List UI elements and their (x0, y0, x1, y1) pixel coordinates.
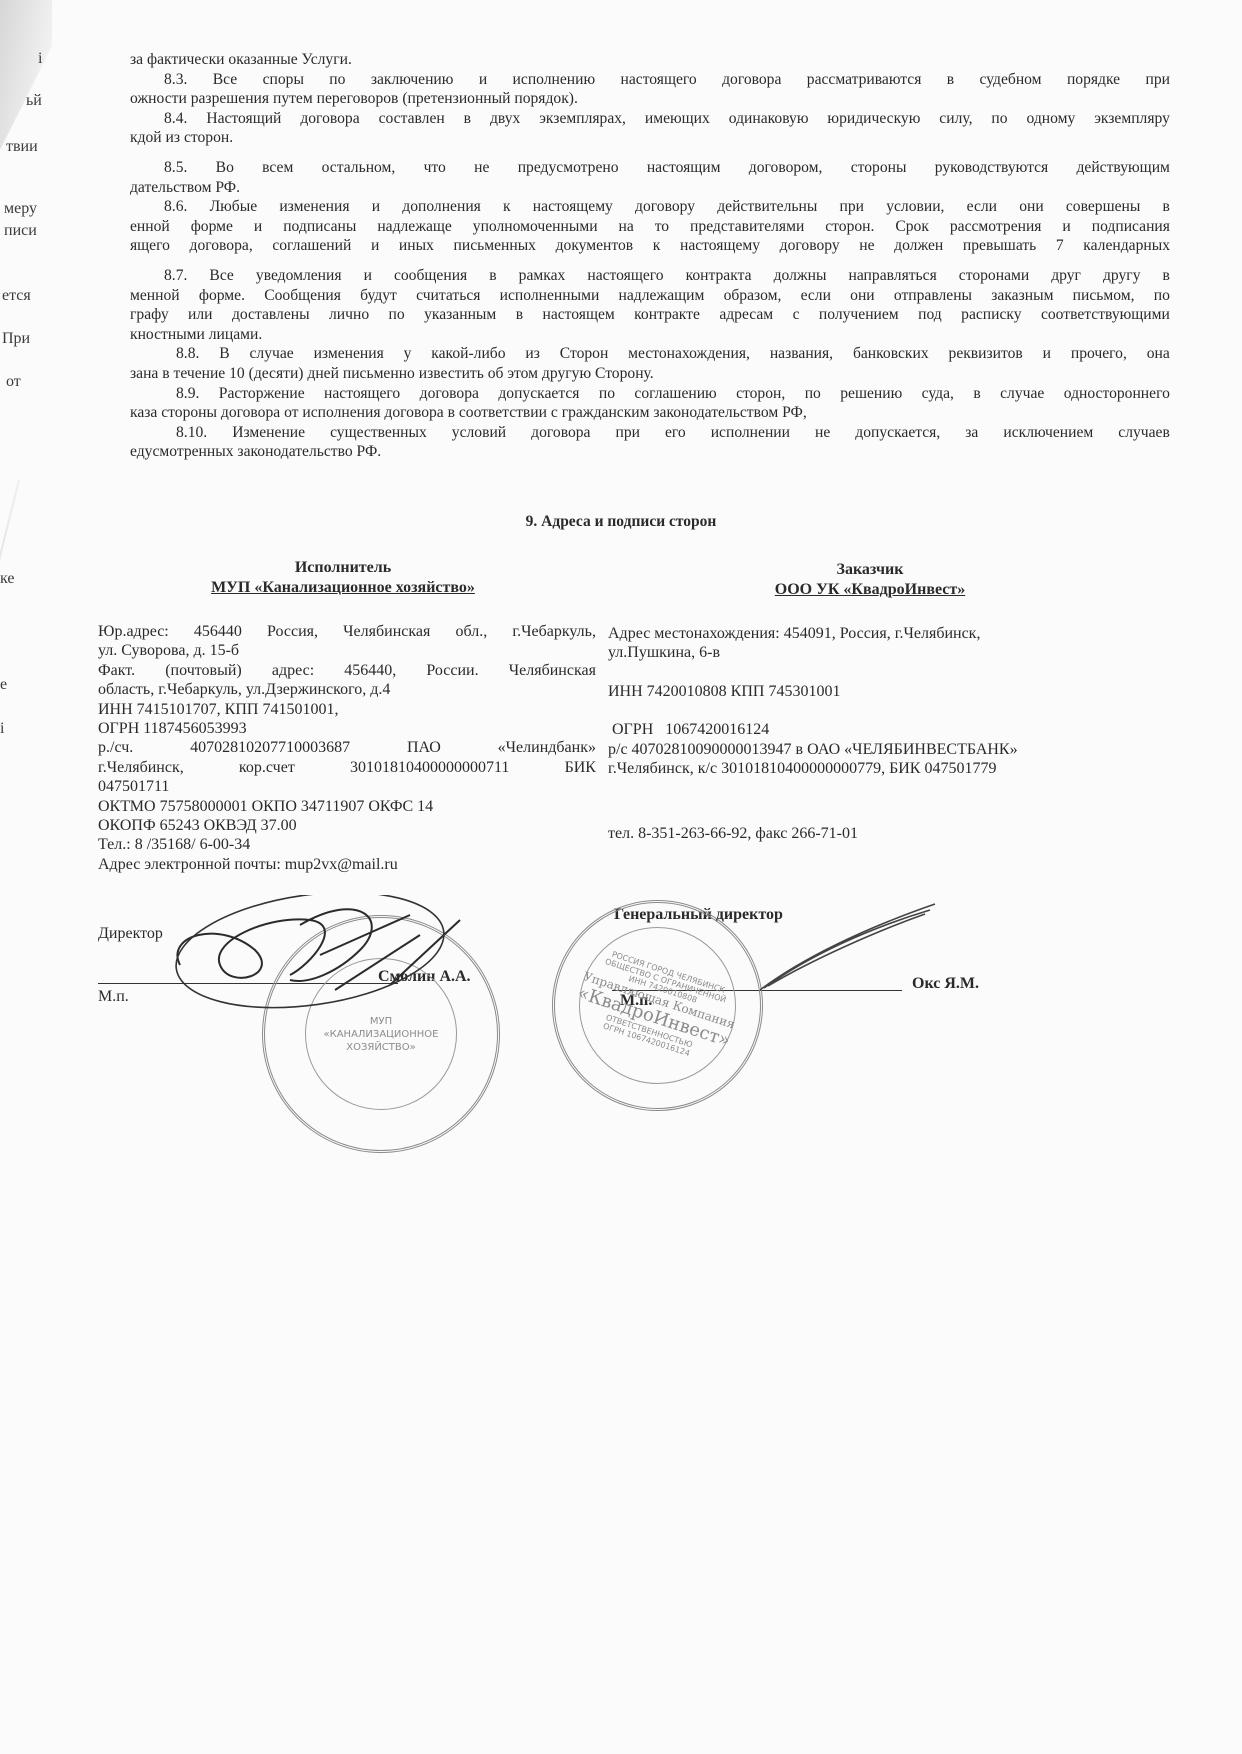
word: по (329, 70, 345, 90)
word: или (188, 305, 212, 325)
text-line: дательством РФ. (130, 178, 1170, 198)
word: остальном, (322, 158, 396, 178)
word: существенных (330, 423, 427, 443)
word: условий (452, 423, 506, 443)
text-line: едусмотренных законодательство РФ. (130, 442, 1170, 462)
word: Все (209, 266, 233, 286)
word: превышать (963, 236, 1036, 256)
word: одностороннего (1064, 384, 1170, 404)
word: к (653, 236, 661, 256)
word: договора (300, 109, 359, 129)
word: исполнении (711, 423, 790, 443)
word: настоящего (621, 70, 697, 90)
word: адресам (719, 305, 773, 325)
word: подписаны (283, 217, 356, 237)
requisite-row: Тел.: 8 /35168/ 6-00-34 (98, 835, 596, 854)
word: споры (263, 70, 304, 90)
text-line: 8.8.Вслучаеизмененияукакой-либоизСторонм… (130, 344, 1170, 364)
requisite-row: р./сч.40702810207710003687ПАО«Челиндбанк… (98, 738, 596, 757)
paragraph-gap (130, 148, 1170, 158)
margin-fragment: і (0, 720, 4, 738)
word: графу (130, 305, 169, 325)
word: 8.10. (176, 423, 207, 443)
word: 8.5. (164, 158, 187, 178)
word: сообщения (394, 266, 467, 286)
word: одному (1026, 109, 1075, 129)
margin-fragment: писи (4, 222, 37, 240)
word: силу, (939, 109, 972, 129)
word: доставлены (232, 305, 310, 325)
executor-name: МУП «Канализационное хозяйство» (148, 578, 538, 598)
word: составлен (379, 109, 445, 129)
requisite-row: область, г.Чебаркуль, ул.Дзержинского, д… (98, 680, 596, 699)
word: обл., (455, 622, 487, 641)
text-line: зана в течение 10 (десяти) дней письменн… (130, 364, 1170, 384)
word: подписания (1092, 217, 1170, 237)
text-line: кдой из сторон. (130, 128, 1170, 148)
word: 8.9. (176, 384, 199, 404)
word: что (424, 158, 446, 178)
word: 8.4. (164, 109, 187, 129)
word: и (254, 217, 262, 237)
word: В (219, 344, 229, 364)
word: всем (262, 158, 293, 178)
word: заказным (991, 286, 1053, 306)
word: допускается (498, 384, 579, 404)
word: они (850, 286, 875, 306)
word: порядке (1067, 70, 1120, 90)
word: контракта (686, 266, 752, 286)
requisite-row: ОКОПФ 65243 ОКВЭД 37.00 (98, 816, 596, 835)
word: допускается, (855, 423, 940, 443)
word: исполнению (513, 70, 596, 90)
margin-fragment: ется (2, 287, 31, 305)
word: расписку (961, 305, 1021, 325)
text-line: 8.4.Настоящийдоговорасоставленвдвухэкзем… (130, 109, 1170, 129)
word: Факт. (98, 661, 135, 680)
word: не (815, 423, 830, 443)
word: в (1163, 266, 1170, 286)
word: календарных (1083, 236, 1170, 256)
word: реквизитов (949, 344, 1023, 364)
word: одинаковую (729, 109, 809, 129)
word: при (1145, 70, 1170, 90)
word: «Челиндбанк» (498, 738, 596, 757)
requisite-row: р/с 40702810090000013947 в ОАО «ЧЕЛЯБИНВ… (608, 740, 1168, 759)
word: письмом, (1073, 286, 1135, 306)
word: решению (840, 384, 902, 404)
word: 8.3. (164, 70, 187, 90)
word: за (965, 423, 978, 443)
word: у (404, 344, 412, 364)
word: Сообщения (264, 286, 341, 306)
word: Челябинская (509, 661, 596, 680)
word: иных (399, 236, 434, 256)
word: рамках (519, 266, 566, 286)
word: настоящего (324, 384, 400, 404)
word: какой-либо (431, 344, 505, 364)
word: БИК (565, 758, 596, 777)
executor-seal-label: М.п. (98, 988, 129, 1006)
word: и (372, 197, 380, 217)
word: местонахождения, (628, 344, 750, 364)
word: по (1154, 286, 1170, 306)
word: по (389, 305, 405, 325)
word: если (967, 197, 997, 217)
word: стороны (851, 158, 907, 178)
requisite-row: ОГРН 1067420016124 (608, 720, 1168, 739)
stamp-text: ХОЗЯЙСТВО» (323, 1041, 438, 1054)
word: надлежаще (377, 217, 452, 237)
word: Юр.адрес: (98, 622, 169, 641)
requisite-row: ул. Суворова, д. 15-б (98, 641, 596, 660)
margin-fragment: При (2, 330, 30, 348)
word: форме. (199, 286, 245, 306)
word: дополнения (402, 197, 481, 217)
word: изменения (279, 197, 349, 217)
word: контракте (634, 305, 700, 325)
margin-fragment: е (0, 676, 7, 694)
executor-stamp-center: МУП «КАНАЛИЗАЦИОННОЕ ХОЗЯЙСТВО» (323, 1015, 438, 1054)
word: имеющих (645, 109, 710, 129)
word: исключением (1003, 423, 1093, 443)
word: Расторжение (219, 384, 305, 404)
text-line: 8.7.Всеуведомленияисообщенияврамкахнасто… (130, 266, 1170, 286)
word: при (840, 197, 865, 217)
word: прочего, (1071, 344, 1127, 364)
word: другу (1103, 266, 1141, 286)
word: считаться (416, 286, 480, 306)
word: соответствующими (1041, 305, 1170, 325)
word: настоящем (542, 305, 614, 325)
word: исполненными (500, 286, 600, 306)
word: 8.7. (164, 266, 187, 286)
text-line: графуилидоставленыличнопоуказаннымвнасто… (130, 305, 1170, 325)
word: и (479, 70, 487, 90)
text-line: 8.5.Вовсемостальном,чтонепредусмотренона… (130, 158, 1170, 178)
requisite-row: ОГРН 1187456053993 (98, 719, 596, 738)
text-line: меннойформе.Сообщениябудутсчитатьсяиспол… (130, 286, 1170, 306)
word: Изменение (232, 423, 305, 443)
requisite-row: ул.Пушкина, 6-в (608, 643, 1168, 662)
executor-signatory-title: Директор (98, 925, 163, 943)
word: совершены (1066, 197, 1140, 217)
word: предусмотрено (518, 158, 619, 178)
customer-header: Заказчик ООО УК «КвадроИнвест» (700, 560, 1040, 600)
word: отправлены (894, 286, 972, 306)
word: указанным (424, 305, 496, 325)
word: названия, (770, 344, 833, 364)
word: кор.счет (239, 758, 295, 777)
word: изменения (314, 344, 384, 364)
paragraph-gap (130, 256, 1170, 266)
word: г.Челябинск, (98, 758, 184, 777)
word: 40702810207710003687 (190, 738, 350, 757)
text-line: 8.6.Любыеизмененияидополнениякнастоящему… (130, 197, 1170, 217)
requisite-row: ОКТМО 75758000001 ОКПО 34711907 ОКФС 14 (98, 797, 596, 816)
word: (почтовый) (165, 661, 242, 680)
word: представителями (690, 217, 804, 237)
word: 456440 (194, 622, 242, 641)
word: по (599, 384, 615, 404)
word: Настоящий (206, 109, 281, 129)
word: р./сч. (98, 738, 133, 757)
margin-fragment: ке (0, 570, 14, 588)
word: если (801, 286, 831, 306)
word: будут (360, 286, 397, 306)
requisite-row: тел. 8-351-263-66-92, факс 266-71-01 (608, 824, 1168, 843)
word: соглашению (634, 384, 716, 404)
scan-page-edge-shadow (0, 0, 52, 150)
word: настоящего (587, 266, 663, 286)
text-line: за фактически оказанные Услуги. (130, 50, 1170, 70)
word: 8.6. (164, 197, 187, 217)
executor-stamp: МУП «КАНАЛИЗАЦИОННОЕ ХОЗЯЙСТВО» (262, 915, 500, 1153)
word: России. (426, 661, 478, 680)
word: при (615, 423, 640, 443)
word: в (464, 109, 471, 129)
customer-role: Заказчик (700, 560, 1040, 580)
word: рассмотрения (950, 217, 1042, 237)
word: документов (556, 236, 634, 256)
word: и (364, 266, 372, 286)
word: форме (191, 217, 233, 237)
word: и (1062, 217, 1070, 237)
word: Все (213, 70, 237, 90)
word: должен (894, 236, 943, 256)
word: случае (250, 344, 294, 364)
word: направляться (849, 266, 937, 286)
word: случаев (1118, 423, 1170, 443)
requisite-row: ИНН 7415101707, КПП 741501001, (98, 700, 596, 719)
requisite-row: Адрес электронной почты: mup2vx@mail.ru (98, 855, 596, 874)
text-line: ожности разрешения путем переговоров (пр… (130, 89, 1170, 109)
word: экземпляру (1094, 109, 1170, 129)
word: ящего (130, 236, 170, 256)
text-line: каза стороны договора от исполнения дого… (130, 403, 1170, 423)
margin-fragment: твии (6, 138, 38, 156)
word: в (1163, 197, 1170, 217)
word: из (525, 344, 540, 364)
executor-header: Исполнитель МУП «Канализационное хозяйст… (148, 558, 538, 598)
word: сторон. (825, 217, 874, 237)
word: ПАО (407, 738, 441, 757)
word: и (371, 236, 379, 256)
word: настоящим (647, 158, 721, 178)
word: уведомления (256, 266, 342, 286)
word: 7 (1056, 236, 1064, 256)
word: условии, (886, 197, 944, 217)
word: договору (780, 236, 840, 256)
requisite-row: г.Челябинск, к/с 30101810400000000779, Б… (608, 759, 1168, 778)
requisite-row: 047501711 (98, 777, 596, 796)
text-line: 8.3.Всеспорыпозаключениюиисполнениюнасто… (130, 70, 1170, 90)
margin-fragment: і (38, 50, 42, 68)
word: настоящему (680, 236, 760, 256)
word: в (947, 70, 954, 90)
stamp-text: «КАНАЛИЗАЦИОННОЕ (323, 1028, 438, 1041)
customer-name: ООО УК «КвадроИнвест» (700, 580, 1040, 600)
word: экземплярах, (539, 109, 626, 129)
word: они (1019, 197, 1044, 217)
word: по (805, 384, 821, 404)
word: г.Чебаркуль, (512, 622, 596, 641)
word: под (918, 305, 942, 325)
word: на (618, 217, 633, 237)
word: в (489, 266, 496, 286)
text-line: еннойформеиподписанынадлежащеуполномочен… (130, 217, 1170, 237)
text-line: ящегодоговора,соглашенийииныхписьменныхд… (130, 236, 1170, 256)
word: договора (420, 384, 479, 404)
requisite-row: Юр.адрес:456440Россия,Челябинскаяобл.,г.… (98, 622, 596, 641)
word: лично (329, 305, 369, 325)
word: не (474, 158, 489, 178)
customer-requisites: Адрес местонахождения: 454091, Россия, г… (608, 624, 1168, 844)
word: с (793, 305, 800, 325)
customer-signatory-name: Окс Я.М. (912, 975, 979, 993)
requisite-row: г.Челябинск,кор.счет30101810400000000711… (98, 758, 596, 777)
word: действительны (717, 197, 817, 217)
margin-fragment: от (6, 373, 21, 391)
requisite-row: ИНН 7420010808 КПП 745301001 (608, 682, 1168, 701)
word: то (655, 217, 669, 237)
word: письменных (454, 236, 536, 256)
stamp-text: МУП (323, 1015, 438, 1028)
word: Срок (895, 217, 929, 237)
word: договора, (190, 236, 253, 256)
word: по (991, 109, 1007, 129)
word: должны (774, 266, 827, 286)
word: Россия, (267, 622, 318, 641)
word: и (1043, 344, 1051, 364)
word: 456440, (344, 661, 396, 680)
word: действующим (1076, 158, 1169, 178)
section-9-heading: 9. Адреса и подписи сторон (0, 513, 1242, 531)
word: Челябинская (343, 622, 430, 641)
word: руководствуются (935, 158, 1048, 178)
section-8-text: за фактически оказанные Услуги.8.3.Всесп… (130, 50, 1170, 462)
executor-requisites: Юр.адрес:456440Россия,Челябинскаяобл.,г.… (98, 622, 596, 874)
word: договором, (749, 158, 823, 178)
word: 8.8. (176, 344, 199, 364)
text-line: 8.10.Изменениесущественныхусловийдоговор… (130, 423, 1170, 443)
word: договору (635, 197, 695, 217)
word: двух (490, 109, 520, 129)
word: договора (531, 423, 590, 443)
customer-stamp: РОССИЯ ГОРОД ЧЕЛЯБИНСК ОБЩЕСТВО С ОГРАНИ… (552, 900, 763, 1111)
word: банковских (853, 344, 929, 364)
word: суда, (922, 384, 954, 404)
word: друг (1051, 266, 1081, 286)
executor-role: Исполнитель (148, 558, 538, 578)
requisite-row: Факт.(почтовый)адрес:456440,России.Челяб… (98, 661, 596, 680)
word: настоящему (533, 197, 613, 217)
word: сторонами (959, 266, 1029, 286)
word: она (1147, 344, 1170, 364)
word: менной (130, 286, 180, 306)
word: адрес: (272, 661, 314, 680)
word: случае (1000, 384, 1044, 404)
margin-fragment: меру (4, 200, 37, 218)
text-line: кностными лицами. (130, 325, 1170, 345)
word: в (516, 305, 523, 325)
requisite-row: Адрес местонахождения: 454091, Россия, г… (608, 624, 1168, 643)
word: Сторон (560, 344, 609, 364)
word: Любые (210, 197, 258, 217)
word: 30101810400000000711 (350, 758, 509, 777)
word: Во (216, 158, 234, 178)
margin-fragment: ьй (26, 92, 42, 110)
word: енной (130, 217, 170, 237)
word: образом, (724, 286, 782, 306)
word: получением (819, 305, 899, 325)
word: к (503, 197, 511, 217)
text-line: 8.9.Расторжениенастоящегодоговорадопуска… (130, 384, 1170, 404)
word: уполномоченными (473, 217, 598, 237)
word: юридическую (827, 109, 920, 129)
word: его (665, 423, 686, 443)
word: рассматриваются (807, 70, 922, 90)
word: не (859, 236, 874, 256)
word: соглашений (272, 236, 351, 256)
word: судебном (980, 70, 1042, 90)
word: надлежащим (619, 286, 705, 306)
word: сторон, (736, 384, 785, 404)
word: договора (722, 70, 781, 90)
word: заключению (371, 70, 454, 90)
word: в (973, 384, 980, 404)
